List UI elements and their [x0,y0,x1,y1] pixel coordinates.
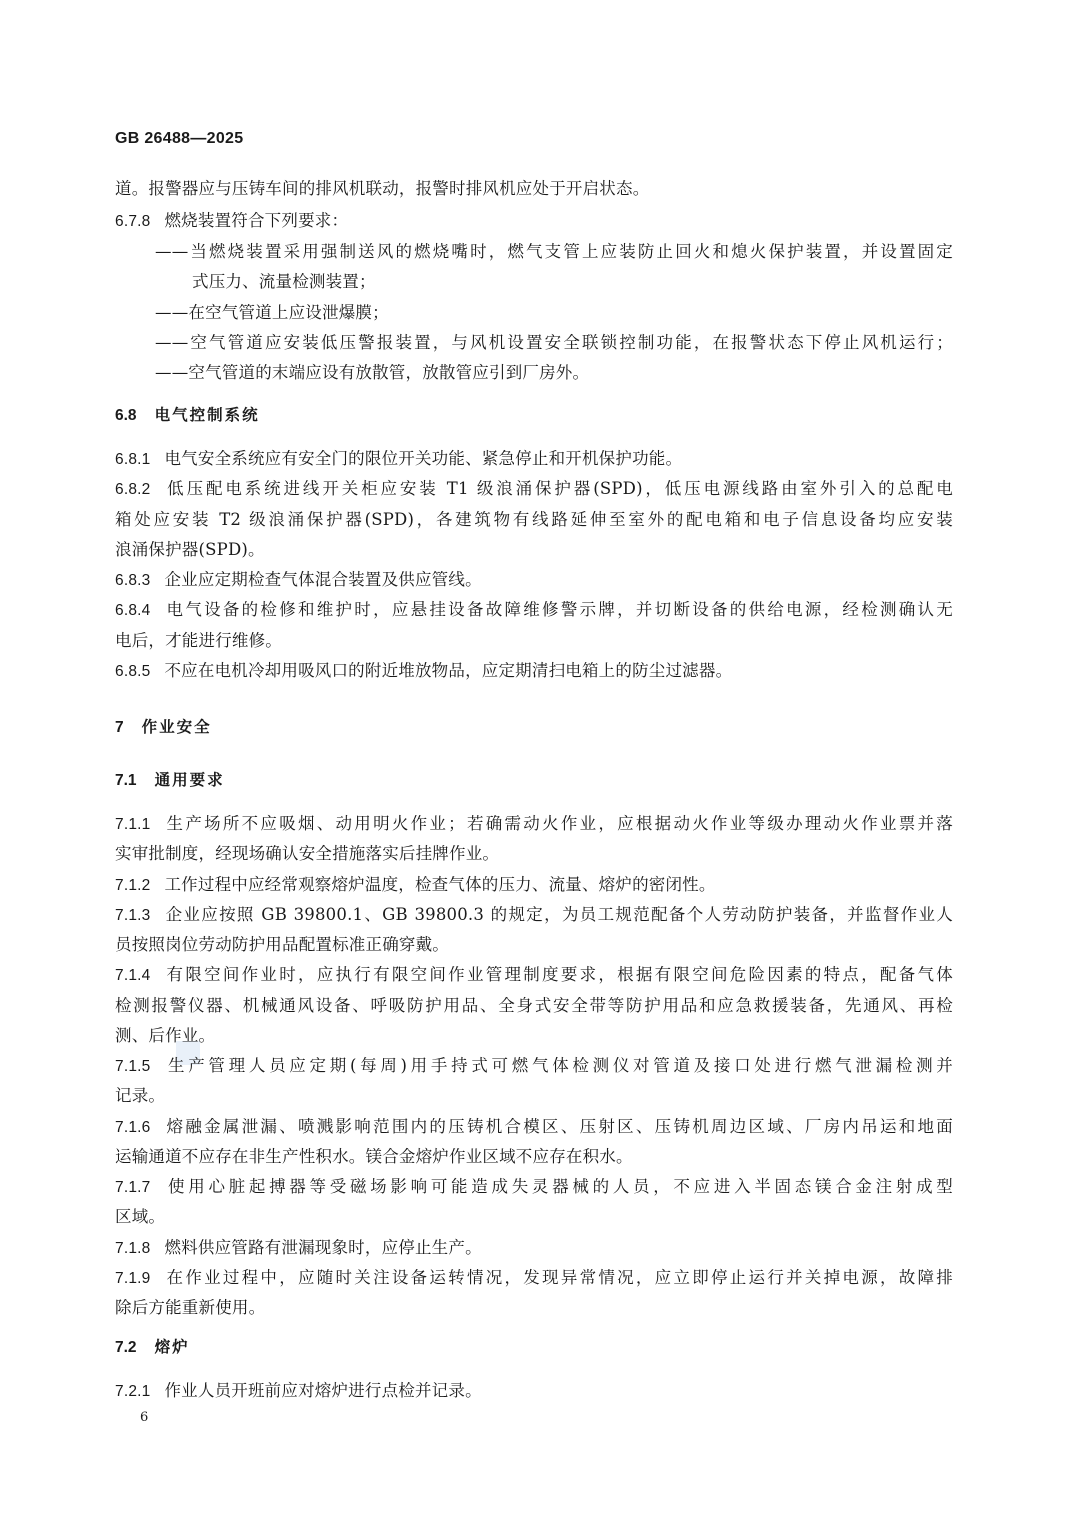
clause-text: 企业应按照 GB 39800.1、GB 39800.3 的规定，为员工规范配备个… [164,905,953,924]
clause-text: 企业应定期检查气体混合装置及供应管线。 [164,570,481,589]
clause-7-1-9: 7.1.9在作业过程中，应随时关注设备运转情况，发现异常情况，应立即停止运行并关… [115,1267,953,1290]
clause-6-8-4: 6.8.4电气设备的检修和维护时，应悬挂设备故障维修警示牌，并切断设备的供给电源… [115,599,953,622]
section-number: 7.1 [115,770,137,792]
section-number: 6.8 [115,405,137,427]
clause-text: 燃烧装置符合下列要求： [164,211,348,230]
clause-number: 7.1.2 [115,875,150,897]
clause-text: 电气安全系统应有安全门的限位开关功能、紧急停止和开机保护功能。 [164,449,682,468]
list-item-dash: ——空气管道应安装低压警报装置，与风机设置安全联锁控制功能，在报警状态下停止风机… [155,332,953,354]
list-item-dash: ——在空气管道上应设泄爆膜； [155,302,953,324]
paragraph-line: 浪涌保护器(SPD)。 [115,539,953,561]
list-item-continuation: 式压力、流量检测装置； [192,271,953,293]
clause-number: 7.1.8 [115,1238,150,1260]
section-number: 7 [115,717,124,739]
section-heading-7-2: 7.2熔炉 [115,1336,953,1359]
clause-7-1-6: 7.1.6熔融金属泄漏、喷溅影响范围内的压铸机合模区、压射区、压铸机周边区域、厂… [115,1116,953,1139]
paragraph-line: 测、后作业。 [115,1025,953,1047]
section-title: 熔炉 [155,1338,190,1356]
clause-6-7-8: 6.7.8燃烧装置符合下列要求： [115,210,953,233]
clause-7-1-2: 7.1.2工作过程中应经常观察熔炉温度，检查气体的压力、流量、熔炉的密闭性。 [115,874,953,897]
paragraph-line: 员按照岗位劳动防护用品配置标准正确穿戴。 [115,934,953,956]
clause-number: 7.1.7 [115,1177,150,1199]
clause-number: 7.1.6 [115,1117,150,1139]
clause-number: 6.8.1 [115,449,150,471]
paragraph-line: 电后，才能进行维修。 [115,630,953,652]
section-title: 作业安全 [142,718,212,736]
clause-6-8-2: 6.8.2低压配电系统进线开关柜应安装 T1 级浪涌保护器(SPD)，低压电源线… [115,478,953,501]
clause-7-1-8: 7.1.8燃料供应管路有泄漏现象时，应停止生产。 [115,1237,953,1260]
list-item-dash: ——当燃烧装置采用强制送风的燃烧嘴时，燃气支管上应装防止回火和熄火保护装置，并设… [155,241,953,263]
clause-7-1-3: 7.1.3企业应按照 GB 39800.1、GB 39800.3 的规定，为员工… [115,904,953,927]
clause-text: 不应在电机冷却用吸风口的附近堆放物品，应定期清扫电箱上的防尘过滤器。 [164,661,732,680]
clause-text: 作业人员开班前应对熔炉进行点检并记录。 [164,1381,481,1400]
paragraph-line: 运输通道不应存在非生产性积水。镁合金熔炉作业区域不应存在积水。 [115,1146,953,1168]
section-number: 7.2 [115,1337,137,1359]
paragraph-line: 区域。 [115,1206,953,1228]
clause-number: 7.1.3 [115,905,150,927]
clause-number: 7.1.9 [115,1268,150,1290]
clause-text: 生产场所不应吸烟、动用明火作业；若确需动火作业，应根据动火作业等级办理动火作业票… [164,814,953,833]
clause-number: 6.8.2 [115,479,150,501]
clause-text: 使用心脏起搏器等受磁场影响可能造成失灵器械的人员，不应进入半固态镁合金注射成型 [164,1177,953,1196]
clause-7-1-5: 7.1.5生产管理人员应定期(每周)用手持式可燃气体检测仪对管道及接口处进行燃气… [115,1055,953,1078]
clause-number: 7.1.4 [115,965,150,987]
paragraph-line: 记录。 [115,1085,953,1107]
paragraph-line: 检测报警仪器、机械通风设备、呼吸防护用品、全身式安全带等防护用品和应急救援装备，… [115,995,953,1017]
clause-text: 在作业过程中，应随时关注设备运转情况，发现异常情况，应立即停止运行并关掉电源，故… [164,1268,953,1287]
paragraph-line: 实审批制度，经现场确认安全措施落实后挂牌作业。 [115,843,953,865]
paragraph-line: 箱处应安装 T2 级浪涌保护器(SPD)，各建筑物有线路延伸至室外的配电箱和电子… [115,509,953,531]
clause-number: 7.1.1 [115,814,150,836]
section-heading-7: 7作业安全 [115,716,953,739]
clause-number: 6.8.5 [115,661,150,683]
clause-text: 低压配电系统进线开关柜应安装 T1 级浪涌保护器(SPD)，低压电源线路由室外引… [164,479,953,498]
clause-7-2-1: 7.2.1作业人员开班前应对熔炉进行点检并记录。 [115,1380,953,1403]
clause-text: 电气设备的检修和维护时，应悬挂设备故障维修警示牌，并切断设备的供给电源，经检测确… [164,600,953,619]
clause-number: 7.1.5 [115,1056,150,1078]
clause-text: 生产管理人员应定期(每周)用手持式可燃气体检测仪对管道及接口处进行燃气泄漏检测并 [164,1056,953,1075]
standard-code-header: GB 26488—2025 [115,130,243,148]
clause-text: 燃料供应管路有泄漏现象时，应停止生产。 [164,1238,481,1257]
clause-number: 6.7.8 [115,211,150,233]
clause-6-8-3: 6.8.3企业应定期检查气体混合装置及供应管线。 [115,569,953,592]
clause-number: 7.2.1 [115,1381,150,1403]
clause-text: 熔融金属泄漏、喷溅影响范围内的压铸机合模区、压射区、压铸机周边区域、厂房内吊运和… [164,1117,953,1136]
paragraph-line: 除后方能重新使用。 [115,1297,953,1319]
clause-text: 有限空间作业时，应执行有限空间作业管理制度要求，根据有限空间危险因素的特点，配备… [164,965,953,984]
clause-6-8-1: 6.8.1电气安全系统应有安全门的限位开关功能、紧急停止和开机保护功能。 [115,448,953,471]
clause-7-1-4: 7.1.4有限空间作业时，应执行有限空间作业管理制度要求，根据有限空间危险因素的… [115,964,953,987]
clause-6-8-5: 6.8.5不应在电机冷却用吸风口的附近堆放物品，应定期清扫电箱上的防尘过滤器。 [115,660,953,683]
page-number: 6 [140,1410,148,1425]
section-heading-6-8: 6.8电气控制系统 [115,404,953,427]
clause-number: 6.8.4 [115,600,150,622]
list-item-dash: ——空气管道的末端应设有放散管，放散管应引到厂房外。 [155,362,953,384]
clause-number: 6.8.3 [115,570,150,592]
clause-7-1-7: 7.1.7使用心脏起搏器等受磁场影响可能造成失灵器械的人员，不应进入半固态镁合金… [115,1176,953,1199]
clause-text: 工作过程中应经常观察熔炉温度，检查气体的压力、流量、熔炉的密闭性。 [164,875,715,894]
clause-7-1-1: 7.1.1生产场所不应吸烟、动用明火作业；若确需动火作业，应根据动火作业等级办理… [115,813,953,836]
section-heading-7-1: 7.1通用要求 [115,769,953,792]
paragraph-line: 道。报警器应与压铸车间的排风机联动，报警时排风机应处于开启状态。 [115,178,953,200]
section-title: 通用要求 [155,771,225,789]
section-title: 电气控制系统 [155,406,260,424]
